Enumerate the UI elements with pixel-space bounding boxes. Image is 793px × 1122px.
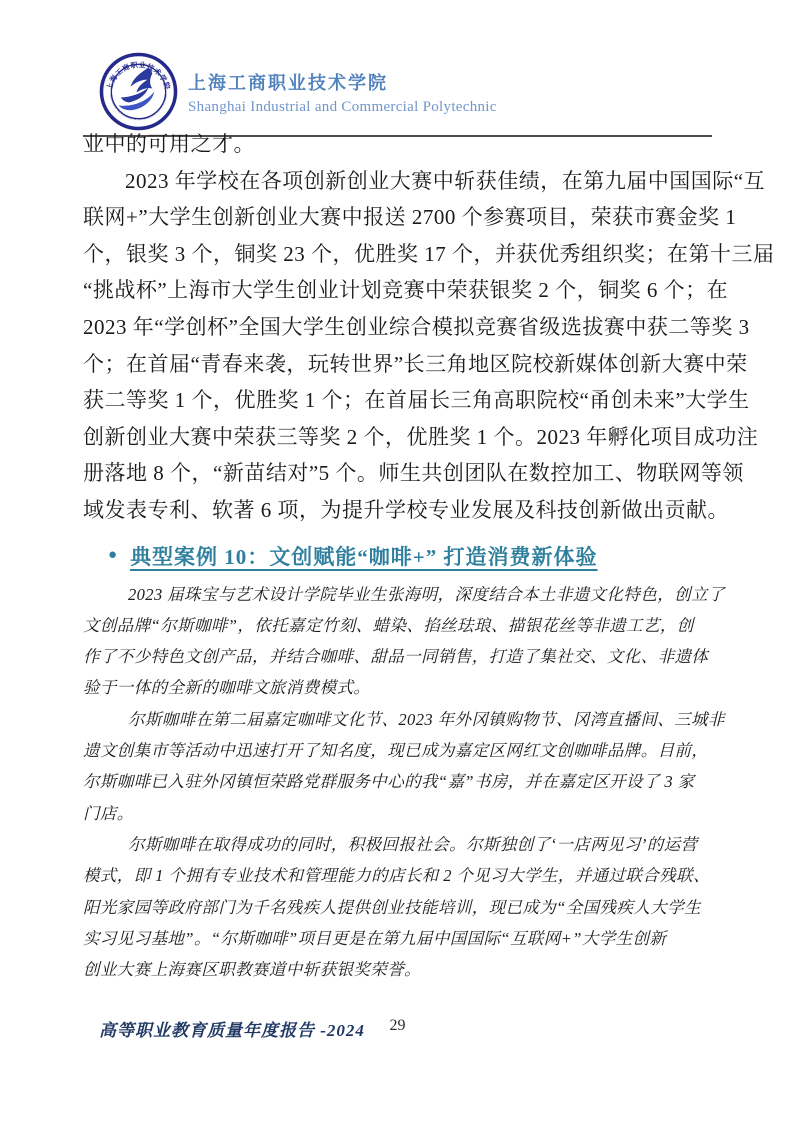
text-line: 联网+”大学生创新创业大赛中报送 2700 个参赛项目，荣获市赛金奖 1 [83, 199, 723, 236]
bullet-icon: ● [108, 548, 117, 563]
text-line: 业中的可用之才。 [83, 126, 723, 163]
text-line: 个；在首届“青春来袭，玩转世界”长三角地区院校新媒体创新大赛中荣 [83, 346, 723, 383]
text-line: 创业大赛上海赛区职教赛道中斩获银奖荣誉。 [83, 954, 723, 985]
text-line: 尔斯咖啡已入驻外冈镇恒荣路党群服务中心的我“嘉”书房，并在嘉定区开设了 3 家 [83, 766, 723, 797]
text-line: 阳光家园等政府部门为千名残疾人提供创业技能培训，现已成为“全国残疾人大学生 [83, 892, 723, 923]
page-number: 29 [83, 1017, 712, 1035]
text-line: 2023 年“学创杯”全国大学生创业综合模拟竞赛省级选拔赛中获二等奖 3 [83, 309, 723, 346]
document-page: 上海工商职业技术学院 SHANGHAI INDUSTRIAL & COMMERC… [0, 0, 793, 1122]
text-line: 尔斯咖啡在第二届嘉定咖啡文化节、2023 年外冈镇购物节、冈湾直播间、三城非 [83, 704, 723, 735]
text-line: 模式，即 1 个拥有专业技术和管理能力的店长和 2 个见习大学生，并通过联合残联… [83, 860, 723, 891]
page-footer: 高等职业教育质量年度报告 -2024 29 [83, 1016, 712, 1042]
text-line: 作了不少特色文创产品，并结合咖啡、甜品一同销售，打造了集社交、文化、非遗体 [83, 641, 723, 672]
case-paragraph-1: 2023 届珠宝与艺术设计学院毕业生张海明，深度结合本土非遗文化特色，创立了文创… [83, 579, 723, 704]
text-line: 验于一体的全新的咖啡文旅消费模式。 [83, 672, 723, 703]
case-heading: ● 典型案例 10：文创赋能“咖啡+” 打造消费新体验 [83, 540, 723, 572]
achievements-paragraph: 2023 年学校在各项创新创业大赛中斩获佳绩，在第九届中国国际“互联网+”大学生… [83, 163, 723, 529]
case-paragraph-2: 尔斯咖啡在第二届嘉定咖啡文化节、2023 年外冈镇购物节、冈湾直播间、三城非遗文… [83, 704, 723, 829]
case-paragraph-3: 尔斯咖啡在取得成功的同时，积极回报社会。尔斯独创了‘一店两见习’的运营模式，即 … [83, 829, 723, 985]
text-line: 实习见习基地”。“尔斯咖啡”项目更是在第九届中国国际“互联网+”大学生创新 [83, 923, 723, 954]
case-heading-text: 典型案例 10：文创赋能“咖啡+” 打造消费新体验 [130, 541, 597, 571]
text-line: “挑战杯”上海市大学生创业计划竞赛中荣获银奖 2 个，铜奖 6 个；在 [83, 272, 723, 309]
school-logo-icon: 上海工商职业技术学院 SHANGHAI INDUSTRIAL & COMMERC… [99, 52, 178, 131]
text-line: 尔斯咖啡在取得成功的同时，积极回报社会。尔斯独创了‘一店两见习’的运营 [83, 829, 723, 860]
text-line: 创新创业大赛中荣获三等奖 2 个，优胜奖 1 个。2023 年孵化项目成功注 [83, 419, 723, 456]
text-line: 文创品牌“尔斯咖啡”，依托嘉定竹刻、蜡染、掐丝珐琅、描银花丝等非遗工艺，创 [83, 610, 723, 641]
text-line: 2023 年学校在各项创新创业大赛中斩获佳绩，在第九届中国国际“互 [83, 163, 723, 200]
header-titles: 上海工商职业技术学院 Shanghai Industrial and Comme… [188, 52, 497, 116]
opening-paragraph: 业中的可用之才。 [83, 126, 723, 163]
page-body: 业中的可用之才。 2023 年学校在各项创新创业大赛中斩获佳绩，在第九届中国国际… [83, 126, 723, 985]
text-line: 门店。 [83, 798, 723, 829]
text-line: 遗文创集市等活动中迅速打开了知名度，现已成为嘉定区网红文创咖啡品牌。目前， [83, 735, 723, 766]
text-line: 获二等奖 1 个，优胜奖 1 个；在首届长三角高职院校“甬创未来”大学生 [83, 382, 723, 419]
text-line: 册落地 8 个，“新苗结对”5 个。师生共创团队在数控加工、物联网等领 [83, 455, 723, 492]
text-line: 个，银奖 3 个，铜奖 23 个，优胜奖 17 个，并获优秀组织奖；在第十三届 [83, 236, 723, 273]
school-name-zh: 上海工商职业技术学院 [188, 69, 497, 95]
page-header: 上海工商职业技术学院 SHANGHAI INDUSTRIAL & COMMERC… [99, 52, 497, 131]
text-line: 域发表专利、软著 6 项，为提升学校专业发展及科技创新做出贡献。 [83, 492, 723, 529]
school-name-en: Shanghai Industrial and Commercial Polyt… [188, 99, 497, 116]
text-line: 2023 届珠宝与艺术设计学院毕业生张海明，深度结合本土非遗文化特色，创立了 [83, 579, 723, 610]
